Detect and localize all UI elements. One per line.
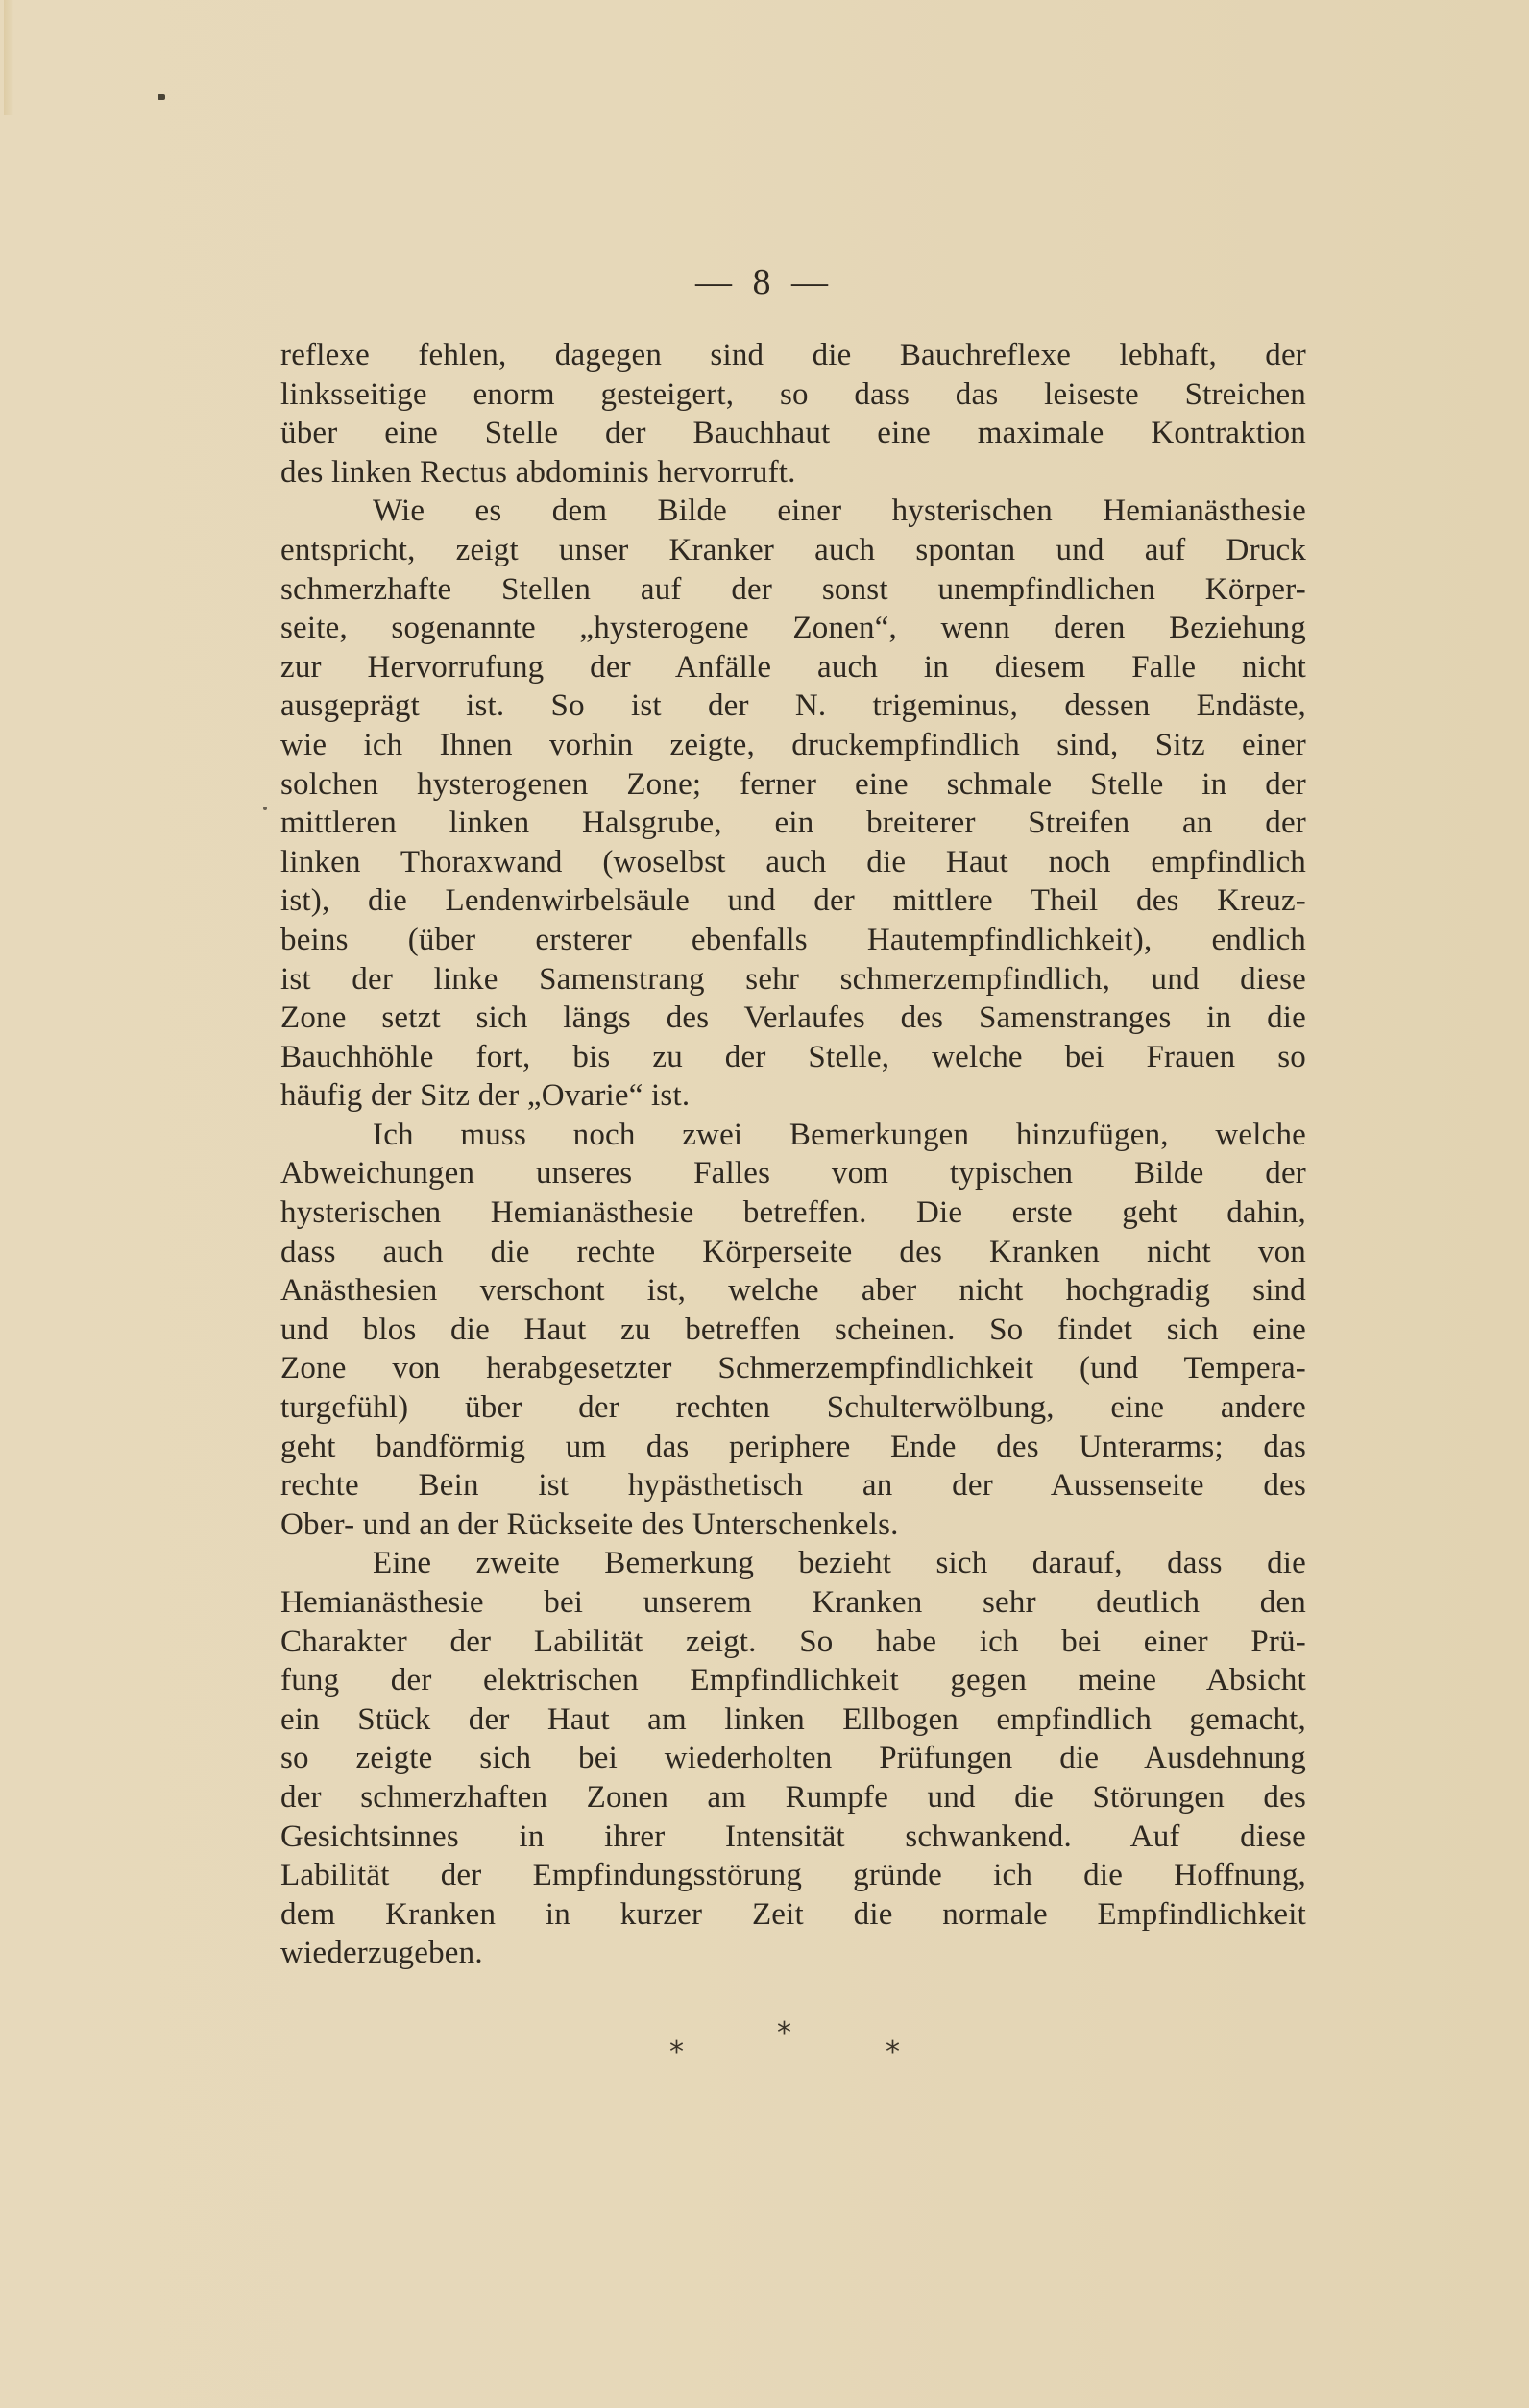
text-line: über eine Stelle der Bauchhaut eine maxi… (280, 414, 1306, 453)
text-line: Anästhesien verschont ist, welche aber n… (280, 1271, 1306, 1311)
text-line: linken Thoraxwand (woselbst auch die Hau… (280, 843, 1306, 882)
text-line: ein Stück der Haut am linken Ellbogen em… (280, 1700, 1306, 1740)
body-text: reflexe fehlen, dagegen sind die Bauchre… (280, 336, 1306, 1973)
text-line: und blos die Haut zu betreffen scheinen.… (280, 1311, 1306, 1350)
text-line: linksseitige enorm gesteigert, so dass d… (280, 375, 1306, 415)
text-line: Wie es dem Bilde einer hysterischen Hemi… (280, 492, 1306, 531)
ink-speck (158, 94, 165, 100)
text-line: zur Hervorrufung der Anfälle auch in die… (280, 648, 1306, 687)
text-line: Bauchhöhle fort, bis zu der Stelle, welc… (280, 1038, 1306, 1077)
text-line: mittleren linken Halsgrube, ein breitere… (280, 804, 1306, 843)
paragraph: Eine zweite Bemerkung bezieht sich darau… (280, 1544, 1306, 1973)
text-line: Zone setzt sich längs des Verlaufes des … (280, 999, 1306, 1038)
text-line: schmerzhafte Stellen auf der sonst unemp… (280, 570, 1306, 610)
paragraph: Wie es dem Bilde einer hysterischen Hemi… (280, 492, 1306, 1116)
text-line: ist der linke Samenstrang sehr schmerzem… (280, 960, 1306, 999)
text-line: dem Kranken in kurzer Zeit die normale E… (280, 1895, 1306, 1935)
text-line: solchen hysterogenen Zone; ferner eine s… (280, 765, 1306, 805)
text-line: des linken Rectus abdominis hervorruft. (280, 453, 1306, 493)
text-line: dass auch die rechte Körperseite des Kra… (280, 1233, 1306, 1272)
scanned-page: — 8 — reflexe fehlen, dagegen sind die B… (0, 0, 1529, 2408)
page-number: — 8 — (0, 261, 1529, 303)
page-edge-shadow (4, 0, 13, 115)
text-line: reflexe fehlen, dagegen sind die Bauchre… (280, 336, 1306, 375)
text-line: Ich muss noch zwei Bemerkungen hinzufüge… (280, 1116, 1306, 1155)
text-line: Gesichtsinnes in ihrer Intensität schwan… (280, 1818, 1306, 1857)
text-line: Charakter der Labilität zeigt. So habe i… (280, 1623, 1306, 1662)
text-line: turgefühl) über der rechten Schulterwölb… (280, 1388, 1306, 1428)
asterisk-icon: * (886, 2035, 900, 2069)
text-line: Ober- und an der Rückseite des Untersche… (280, 1505, 1306, 1545)
text-line: wiederzugeben. (280, 1934, 1306, 1973)
margin-mark (263, 807, 267, 810)
text-line: der schmerzhaften Zonen am Rumpfe und di… (280, 1778, 1306, 1818)
text-line: Labilität der Empfindungsstörung gründe … (280, 1856, 1306, 1895)
text-line: entspricht, zeigt unser Kranker auch spo… (280, 531, 1306, 570)
paragraph: Ich muss noch zwei Bemerkungen hinzufüge… (280, 1116, 1306, 1545)
text-line: Zone von herabgesetzter Schmerzempfindli… (280, 1349, 1306, 1388)
text-line: ist), die Lendenwirbelsäule und der mitt… (280, 881, 1306, 921)
text-line: so zeigte sich bei wiederholten Prüfunge… (280, 1739, 1306, 1778)
text-line: häufig der Sitz der „Ovarie“ ist. (280, 1076, 1306, 1116)
text-line: rechte Bein ist hypästhetisch an der Aus… (280, 1466, 1306, 1505)
text-line: geht bandförmig um das periphere Ende de… (280, 1428, 1306, 1467)
text-line: ausgeprägt ist. So ist der N. trigeminus… (280, 686, 1306, 726)
text-line: beins (über ersterer ebenfalls Hautempfi… (280, 921, 1306, 960)
text-line: fung der elektrischen Empfindlichkeit ge… (280, 1661, 1306, 1700)
asterisk-icon: * (669, 2035, 684, 2069)
text-line: Eine zweite Bemerkung bezieht sich darau… (280, 1544, 1306, 1583)
text-line: Abweichungen unseres Falles vom typische… (280, 1154, 1306, 1193)
text-line: seite, sogenannte „hysterogene Zonen“, w… (280, 609, 1306, 648)
text-line: hysterischen Hemianästhesie betreffen. D… (280, 1193, 1306, 1233)
asterisk-icon: * (777, 2016, 791, 2050)
text-line: wie ich Ihnen vorhin zeigte, druckempfin… (280, 726, 1306, 765)
text-line: Hemianästhesie bei unserem Kranken sehr … (280, 1583, 1306, 1623)
paragraph: reflexe fehlen, dagegen sind die Bauchre… (280, 336, 1306, 492)
